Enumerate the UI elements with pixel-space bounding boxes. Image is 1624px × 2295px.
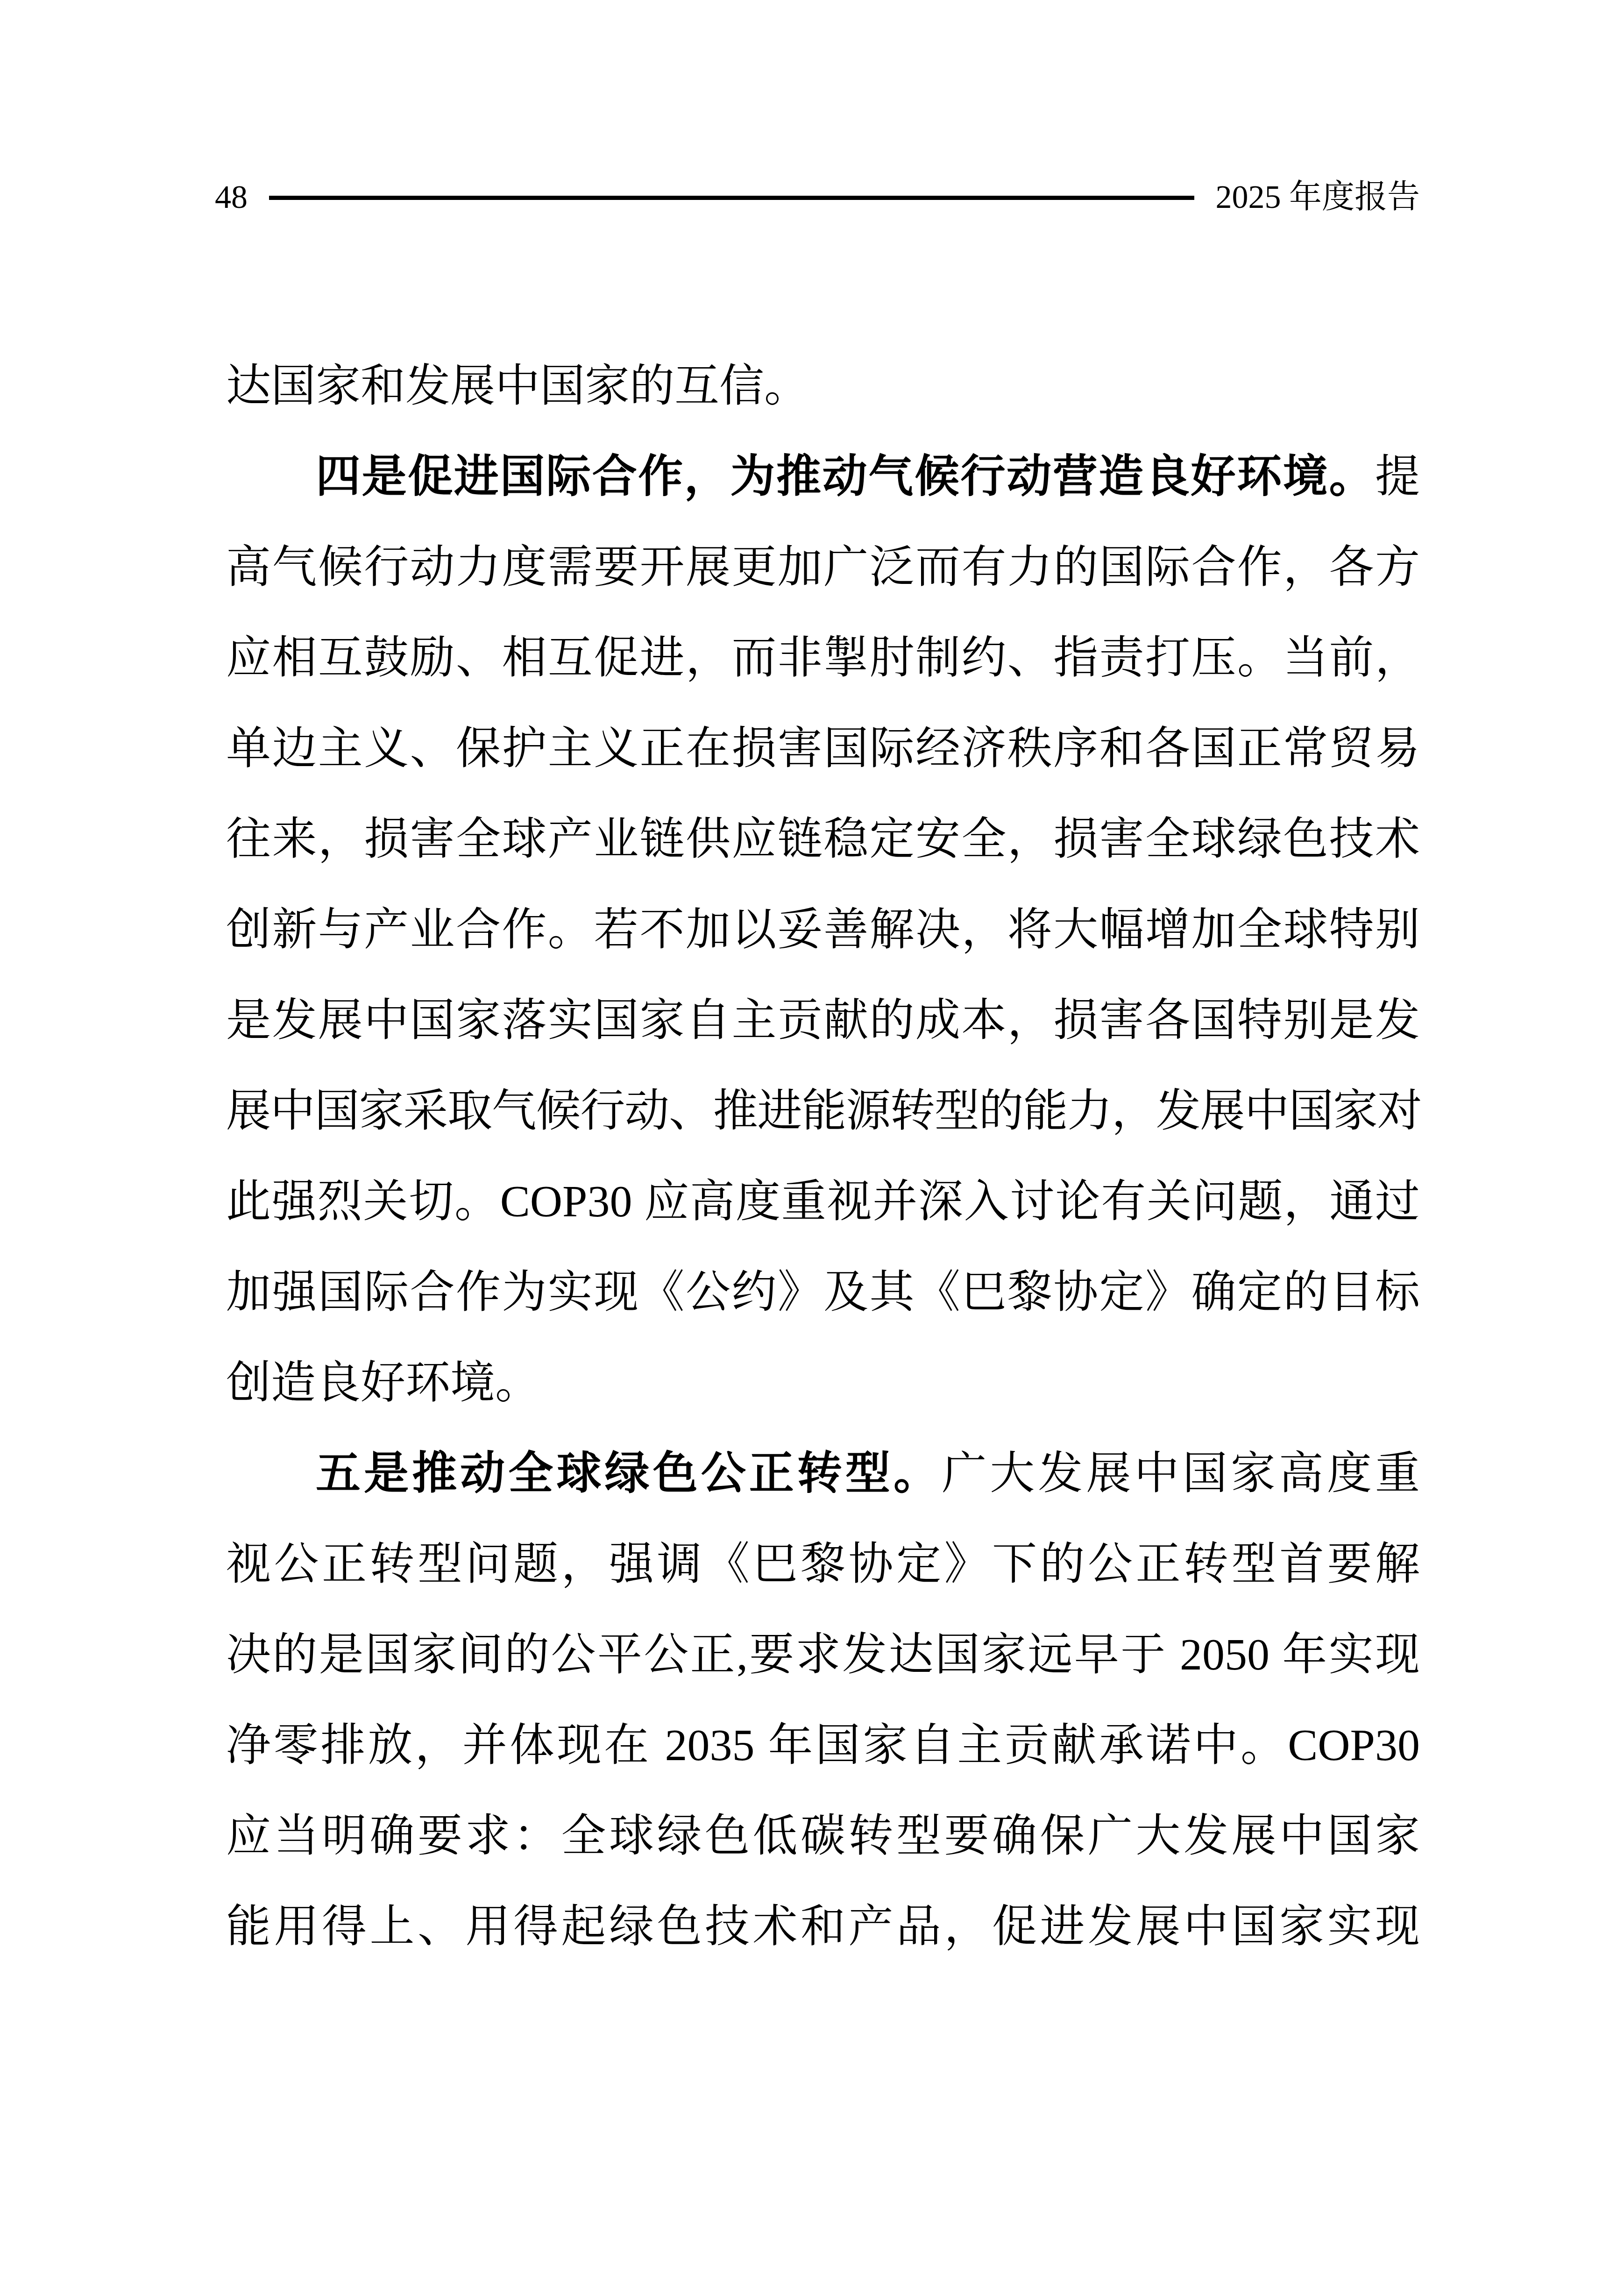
paragraph-lead-bold: 五是推动全球绿色公正转型。 [316,1448,942,1498]
paragraph-text: 净零排放，并体现在 2035 年国家自主贡献承诺中。COP30 [226,1720,1420,1770]
paragraph-text: 能用得上、用得起绿色技术和产品，促进发展中国家实现 [226,1901,1420,1951]
paragraph-text: 往来，损害全球产业链供应链稳定安全，损害全球绿色技术 [226,814,1420,864]
page-number: 48 [215,181,248,214]
page-header: 48 2025 年度报告 [215,181,1420,214]
header-title: 2025 年度报告 [1216,181,1420,214]
text-line: 应当明确要求：全球绿色低碳转型要确保广大发展中国家 [226,1791,1420,1881]
text-line: 创新与产业合作。若不加以妥善解决，将大幅增加全球特别 [226,884,1420,975]
paragraph-lead-bold: 四是促进国际合作，为推动气候行动营造良好环境。 [316,451,1375,501]
report-page: { "header": { "page_number": "48", "titl… [0,0,1624,2295]
text-line: 创造良好环境。 [226,1337,1420,1428]
paragraph-text: 广大发展中国家高度重 [942,1448,1420,1498]
document-body: 达国家和发展中国家的互信。四是促进国际合作，为推动气候行动营造良好环境。提高气候… [226,341,1420,1972]
paragraph-text: 提 [1375,451,1420,501]
text-line: 决的是国家间的公平公正,要求发达国家远早于 2050 年实现 [226,1609,1420,1700]
paragraph-text: 此强烈关切。COP30 应高度重视并深入讨论有关问题，通过 [226,1176,1420,1226]
paragraph-text: 应相互鼓励、相互促进，而非掣肘制约、指责打压。当前， [226,632,1420,682]
text-line: 五是推动全球绿色公正转型。广大发展中国家高度重 [226,1428,1420,1519]
text-line: 加强国际合作为实现《公约》及其《巴黎协定》确定的目标 [226,1247,1420,1337]
paragraph-text: 决的是国家间的公平公正,要求发达国家远早于 2050 年实现 [226,1629,1420,1679]
text-line: 视公正转型问题，强调《巴黎协定》下的公正转型首要解 [226,1519,1420,1609]
page: 48 2025 年度报告 达国家和发展中国家的互信。四是促进国际合作，为推动气候… [0,0,1624,2295]
text-line: 能用得上、用得起绿色技术和产品，促进发展中国家实现 [226,1881,1420,1972]
paragraph-text: 单边主义、保护主义正在损害国际经济秩序和各国正常贸易 [226,723,1420,773]
text-line: 单边主义、保护主义正在损害国际经济秩序和各国正常贸易 [226,703,1420,794]
header-rule [269,196,1194,200]
text-line: 高气候行动力度需要开展更加广泛而有力的国际合作，各方 [226,522,1420,612]
text-line: 应相互鼓励、相互促进，而非掣肘制约、指责打压。当前， [226,612,1420,703]
paragraph-text: 创新与产业合作。若不加以妥善解决，将大幅增加全球特别 [226,904,1420,954]
text-line: 达国家和发展中国家的互信。 [226,341,1420,431]
paragraph-text: 创造良好环境。 [226,1357,540,1407]
paragraph-text: 加强国际合作为实现《公约》及其《巴黎协定》确定的目标 [226,1267,1420,1317]
text-line: 展中国家采取气候行动、推进能源转型的能力，发展中国家对 [226,1066,1420,1156]
paragraph-text: 达国家和发展中国家的互信。 [226,361,809,411]
text-line: 往来，损害全球产业链供应链稳定安全，损害全球绿色技术 [226,794,1420,884]
text-line: 此强烈关切。COP30 应高度重视并深入讨论有关问题，通过 [226,1156,1420,1247]
text-line: 是发展中国家落实国家自主贡献的成本，损害各国特别是发 [226,975,1420,1066]
paragraph-text: 高气候行动力度需要开展更加广泛而有力的国际合作，各方 [226,542,1420,592]
paragraph-text: 视公正转型问题，强调《巴黎协定》下的公正转型首要解 [226,1539,1420,1589]
text-line: 净零排放，并体现在 2035 年国家自主贡献承诺中。COP30 [226,1700,1420,1791]
text-line: 四是促进国际合作，为推动气候行动营造良好环境。提 [226,431,1420,522]
paragraph-text: 应当明确要求：全球绿色低碳转型要确保广大发展中国家 [226,1811,1420,1861]
paragraph-text: 展中国家采取气候行动、推进能源转型的能力，发展中国家对 [226,1086,1420,1136]
paragraph-text: 是发展中国家落实国家自主贡献的成本，损害各国特别是发 [226,995,1420,1045]
